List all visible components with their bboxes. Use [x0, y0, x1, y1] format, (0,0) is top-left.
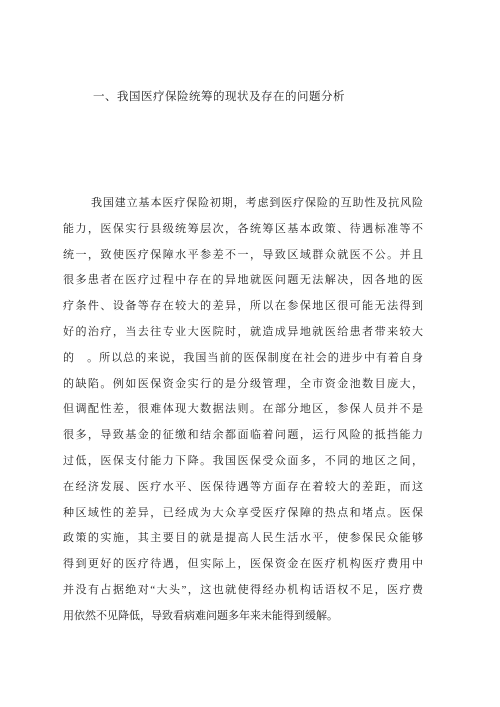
section-heading: 一、我国医疗保险统筹的现状及存在的问题分析	[63, 84, 423, 110]
text-line: 过低，医保支付能力下降。我国医保受众面多，不同的地区之间，	[63, 449, 423, 475]
text-line: 很多患者在医疗过程中存在的异地就医问题无法解决，因各地的医	[63, 268, 423, 294]
text-line: 好的治疗，当去往专业大医院时，就造成异地就医给患者带来较大	[63, 320, 423, 346]
text-line: 很多，导致基金的征缴和结余都面临着问题，运行风险的抵挡能力	[63, 423, 423, 449]
body-paragraph: 我国建立基本医疗保险初期，考虑到医疗保险的互助性及抗风险 能力，医保实行县级统筹…	[63, 191, 423, 630]
text-line: 的缺陷。例如医保资金实行的是分级管理，全市资金池数目庞大，	[63, 372, 423, 398]
text-line: 得到更好的医疗待遇，但实际上，医保资金在医疗机构医疗费用中	[63, 552, 423, 578]
text-line: 用依然不见降低，导致看病难问题多年来未能得到缓解。	[63, 604, 423, 630]
text-line: 政策的实施，其主要目的就是提高人民生活水平，使参保民众能够	[63, 526, 423, 552]
text-line: 我国建立基本医疗保险初期，考虑到医疗保险的互助性及抗风险	[63, 191, 423, 217]
text-line: 疗条件、设备等存在较大的差异，所以在参保地区很可能无法得到	[63, 294, 423, 320]
text-line: 在经济发展、医疗水平、医保待遇等方面存在着较大的差距，而这	[63, 475, 423, 501]
document-page: 一、我国医疗保险统筹的现状及存在的问题分析 我国建立基本医疗保险初期，考虑到医疗…	[0, 0, 500, 707]
text-line: 统一，致使医疗保障水平参差不一，导致区域群众就医不公。并且	[63, 243, 423, 269]
text-line: 并没有占据绝对“大头”，这也就使得经办机构话语权不足，医疗费	[63, 578, 423, 604]
text-line: 能力，医保实行县级统筹层次，各统筹区基本政策、待遇标准等不	[63, 217, 423, 243]
text-line: 的 。所以总的来说，我国当前的医保制度在社会的进步中有着自身	[63, 346, 423, 372]
text-line: 但调配性差，很难体现大数据法则。在部分地区，参保人员并不是	[63, 397, 423, 423]
text-line: 种区域性的差异，已经成为大众享受医疗保障的热点和堵点。医保	[63, 501, 423, 527]
